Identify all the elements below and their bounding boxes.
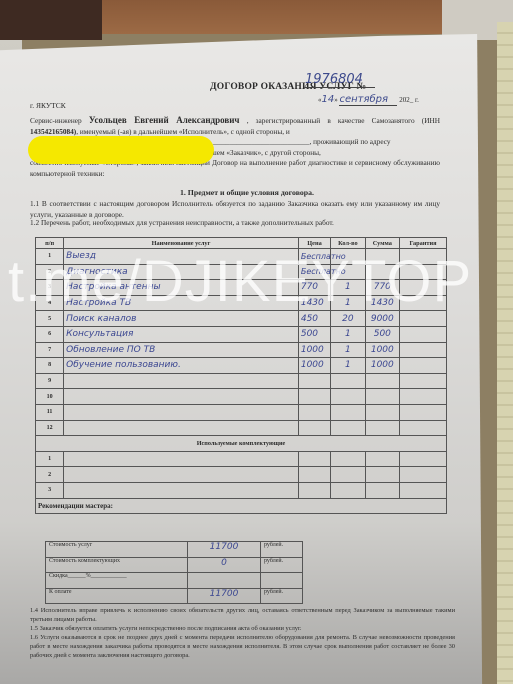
table-row: 11: [36, 404, 447, 420]
component-row: 3: [36, 482, 447, 498]
component-cell: [331, 451, 365, 467]
date-month: сентября: [339, 94, 397, 106]
header-price: Цена: [298, 238, 330, 249]
row-number: 6: [36, 326, 64, 342]
table-row: 9: [36, 373, 447, 389]
service-name: [64, 389, 299, 405]
component-cell: [298, 482, 330, 498]
row-number: 8: [36, 358, 64, 374]
services-cost-label: Стоимость услуг: [46, 542, 188, 558]
service-qty: 1: [331, 358, 365, 374]
service-name: [64, 420, 299, 436]
clauses-1-4-to-1-6: 1.4 Исполнитель вправе привлечь к исполн…: [30, 606, 455, 660]
service-sum: [365, 420, 399, 436]
component-cell: [64, 467, 299, 483]
service-price: [298, 420, 330, 436]
service-name: [64, 373, 299, 389]
service-name: Обучение пользованию.: [64, 358, 299, 374]
date-suffix: г.: [415, 96, 419, 104]
executor-name: Усольцев Евгений Александрович: [89, 115, 240, 125]
service-sum: [365, 373, 399, 389]
components-cost-value: 0: [188, 557, 261, 573]
component-cell: [400, 467, 447, 483]
redaction-highlight: [28, 136, 214, 164]
service-sum: [365, 404, 399, 420]
component-row: 1: [36, 451, 447, 467]
header-name: Наименование услуг: [64, 238, 299, 249]
executor-inn: 143542165084): [30, 127, 76, 136]
date-day: 14: [322, 94, 335, 105]
currency-unit: рублей.: [261, 542, 303, 558]
contract-number: 1976804: [305, 72, 375, 88]
service-warranty: [400, 389, 447, 405]
service-sum: 1000: [365, 358, 399, 374]
recommendations-row: Рекомендации мастера:: [36, 498, 447, 514]
header-warranty: Гарантия: [400, 238, 447, 249]
service-name: [64, 404, 299, 420]
component-cell: [365, 482, 399, 498]
date-quote-close: »: [334, 96, 338, 104]
service-qty: [331, 404, 365, 420]
components-title: Используемые комплектующие: [36, 436, 447, 452]
service-qty: [331, 389, 365, 405]
service-name: Обновление ПО ТВ: [64, 342, 299, 358]
component-row: 2: [36, 467, 447, 483]
component-cell: [64, 451, 299, 467]
service-warranty: [400, 404, 447, 420]
section-1-title: 1. Предмет и общие условия договора.: [180, 188, 314, 197]
row-number: 11: [36, 404, 64, 420]
currency-unit-empty: [261, 573, 303, 589]
component-cell: [365, 451, 399, 467]
watermark: t.me/DJIKEYTOP: [8, 248, 472, 315]
table-row: 8Обучение пользованию.100011000: [36, 358, 447, 374]
date-year: 202_: [399, 96, 413, 104]
intro-text-2: , именуемый (-ая) в дальнейшем «Исполнит…: [76, 127, 290, 136]
table-row: 10: [36, 389, 447, 405]
recommendations-label: Рекомендации мастера:: [36, 498, 447, 514]
background-right-strip: [497, 22, 513, 684]
clause-1-6: 1.6 Услуги оказываются в срок не позднее…: [30, 633, 455, 660]
service-name: Консультация: [64, 326, 299, 342]
service-price: 1000: [298, 342, 330, 358]
components-title-row: Используемые комплектующие: [36, 436, 447, 452]
row-number: 12: [36, 420, 64, 436]
table-row: 6Консультация5001500: [36, 326, 447, 342]
intro-text-1: , зарегистрированный в качестве Самозаня…: [247, 116, 440, 125]
service-price: 1000: [298, 358, 330, 374]
service-price: [298, 389, 330, 405]
summary-row-components: Стоимость комплектующих 0 рублей.: [46, 557, 303, 573]
service-warranty: [400, 373, 447, 389]
component-cell: [331, 482, 365, 498]
intro-prefix: Сервис-инженер: [30, 116, 82, 125]
component-cell: [64, 482, 299, 498]
service-qty: 1: [331, 326, 365, 342]
row-number: 9: [36, 373, 64, 389]
clause-1-4: 1.4 Исполнитель вправе привлечь к исполн…: [30, 606, 455, 624]
component-cell: [365, 467, 399, 483]
service-price: [298, 373, 330, 389]
table-header: п/п Наименование услуг Цена Кол-во Сумма…: [36, 238, 447, 249]
header-qty: Кол-во: [331, 238, 365, 249]
currency-unit: рублей.: [261, 588, 303, 604]
component-cell: [400, 482, 447, 498]
component-cell: [298, 451, 330, 467]
contract-date: «14» сентября 202_ г.: [318, 94, 419, 106]
service-price: [298, 404, 330, 420]
summary-row-total: К оплате 11700 рублей.: [46, 588, 303, 604]
clause-1-2: 1.2 Перечень работ, необходимых для устр…: [30, 218, 440, 229]
table-row: 12: [36, 420, 447, 436]
component-cell: [400, 451, 447, 467]
component-number: 3: [36, 482, 64, 498]
component-number: 1: [36, 451, 64, 467]
service-price: 500: [298, 326, 330, 342]
cost-summary: Стоимость услуг 11700 рублей. Стоимость …: [45, 541, 303, 604]
discount-value: [188, 573, 261, 589]
row-number: 7: [36, 342, 64, 358]
service-warranty: [400, 326, 447, 342]
clause-1-5: 1.5 Заказчик обязуется оплатить услуги н…: [30, 624, 455, 633]
summary-row-services: Стоимость услуг 11700 рублей.: [46, 542, 303, 558]
service-warranty: [400, 420, 447, 436]
summary-row-discount: Скидка______%____________: [46, 573, 303, 589]
components-body: Используемые комплектующие 123: [36, 436, 447, 498]
to-pay-value: 11700: [188, 588, 261, 604]
intro-text-3: ______________________________, проживаю…: [200, 137, 391, 146]
discount-label: Скидка______%____________: [46, 573, 188, 589]
table-row: 7Обновление ПО ТВ100011000: [36, 342, 447, 358]
city: г. ЯКУТСК: [30, 101, 66, 110]
service-qty: [331, 373, 365, 389]
service-sum: 500: [365, 326, 399, 342]
service-sum: [365, 389, 399, 405]
background-wood-dark: [0, 0, 102, 40]
service-qty: [331, 420, 365, 436]
components-cost-label: Стоимость комплектующих: [46, 557, 188, 573]
component-cell: [331, 467, 365, 483]
clause-1-1: 1.1 В соответствии с настоящим договором…: [30, 199, 440, 220]
service-sum: 1000: [365, 342, 399, 358]
header-sum: Сумма: [365, 238, 399, 249]
service-qty: 1: [331, 342, 365, 358]
to-pay-label: К оплате: [46, 588, 188, 604]
services-cost-value: 11700: [188, 542, 261, 558]
header-num: п/п: [36, 238, 64, 249]
service-warranty: [400, 358, 447, 374]
service-warranty: [400, 342, 447, 358]
background-wood: [102, 0, 442, 34]
currency-unit: рублей.: [261, 557, 303, 573]
component-cell: [298, 467, 330, 483]
component-number: 2: [36, 467, 64, 483]
row-number: 10: [36, 389, 64, 405]
